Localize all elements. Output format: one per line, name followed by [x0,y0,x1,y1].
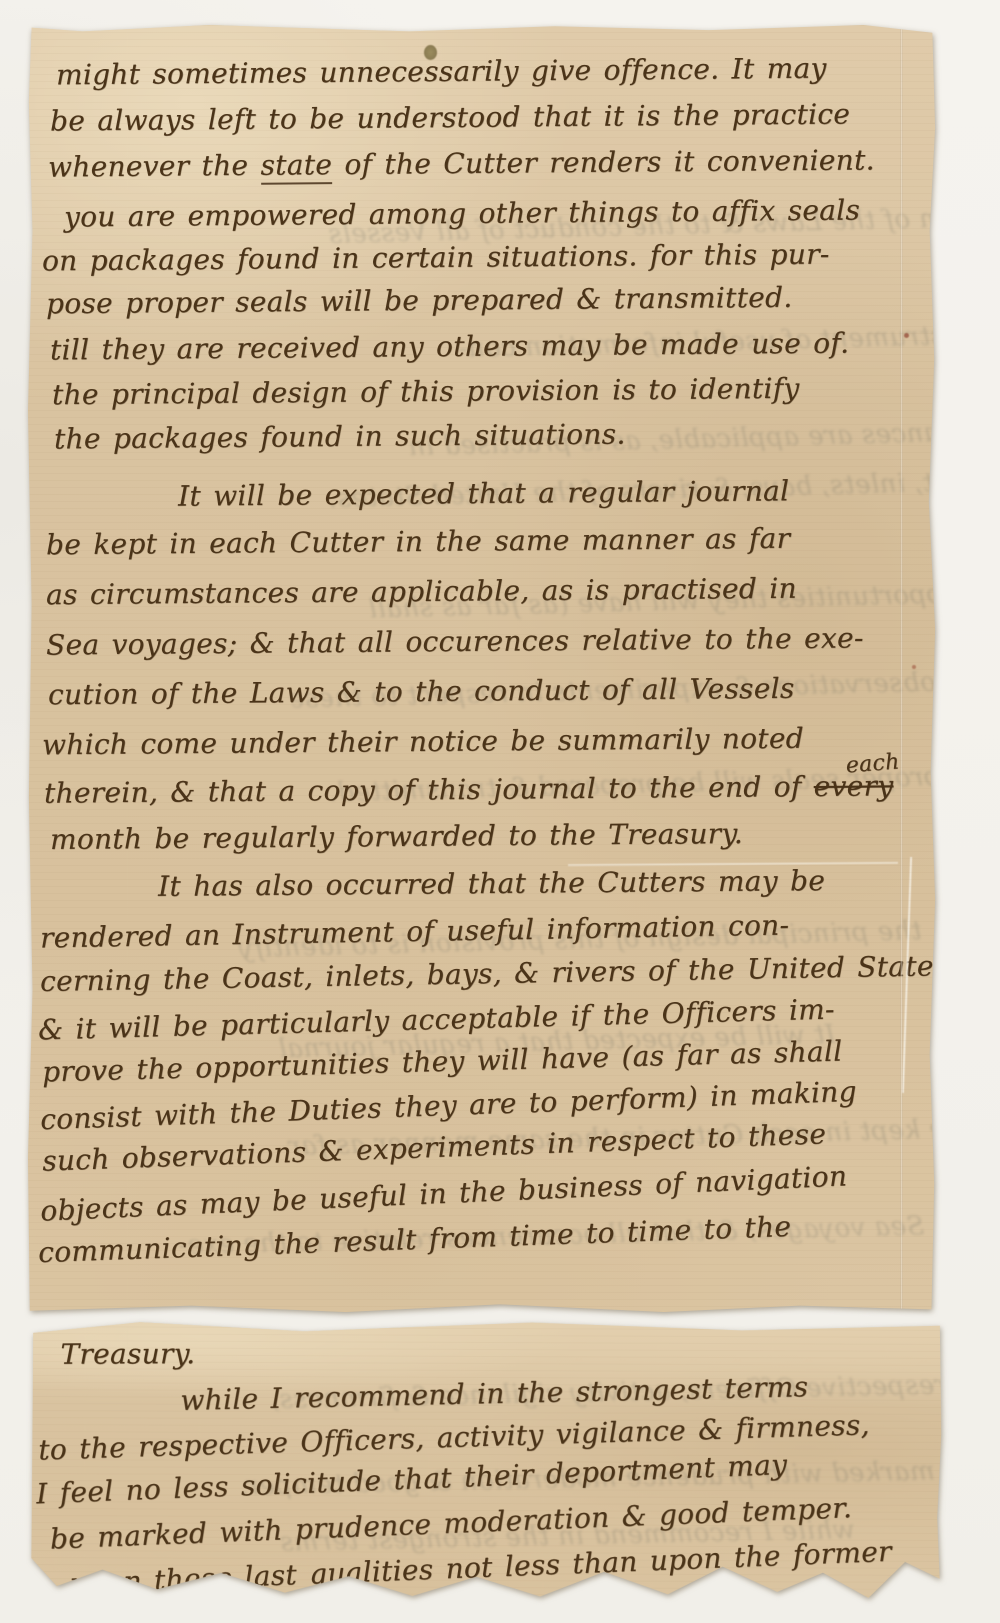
manuscript-line: on packages found in certain situations.… [42,238,830,278]
document-scan: { "document": { "kind": "Handwritten man… [0,0,1000,1623]
wax-speck [904,333,909,338]
manuscript-line: month be regularly forwarded to the Trea… [50,817,743,856]
manuscript-line: Sea voyages; & that all occurences relat… [46,621,864,661]
paper-sheet: cution of the Laws & to the conduct of a… [28,25,936,1312]
manuscript-line: the principal design of this provision i… [52,372,800,412]
wax-speck [912,665,916,669]
ink-stain [424,45,437,60]
manuscript-line: cution of the Laws & to the conduct of a… [48,672,795,712]
page-fragment-bottom: to the respective Officers, activity vig… [29,1319,942,1601]
manuscript-line: whenever the state of the Cutter renders… [48,143,875,183]
line-text: of the Cutter renders it convenient. [332,143,875,181]
manuscript-line: the packages found in such situations. [54,418,626,456]
manuscript-line: as circumstances are applicable, as is p… [46,572,797,612]
manuscript-line: till they are received any others may be… [50,327,849,367]
manuscript-line: rendered an Instrument of useful informa… [40,908,790,954]
manuscript-line: pose proper seals will be prepared & tra… [46,281,793,321]
page-fragment-top: cution of the Laws & to the conduct of a… [28,25,936,1312]
manuscript-line: It will be expected that a regular journ… [178,474,790,512]
line-text: whenever the [48,149,261,184]
manuscript-line: be kept in each Cutter in the same manne… [46,522,791,561]
manuscript-line: It has also occurred that the Cutters ma… [158,864,825,903]
inserted-word: each [844,750,900,779]
paper-sheet: to the respective Officers, activity vig… [29,1319,942,1601]
manuscript-line: might sometimes unnecessarily give offen… [56,52,827,92]
manuscript-line: Treasury. [60,1337,195,1371]
underlined-word: state [260,148,332,185]
manuscript-line: which come under their notice be summari… [42,722,804,762]
line-text: therein, & that a copy of this journal t… [44,770,814,810]
manuscript-line: you are empowered among other things to … [64,194,860,234]
manuscript-line: cerning the Coast, inlets, bays, & river… [40,949,958,998]
correction: everyeach [814,769,894,803]
manuscript-line: therein, & that a copy of this journal t… [44,769,894,809]
fold-line [900,25,903,1312]
manuscript-line: be always left to be understood that it … [50,98,850,138]
